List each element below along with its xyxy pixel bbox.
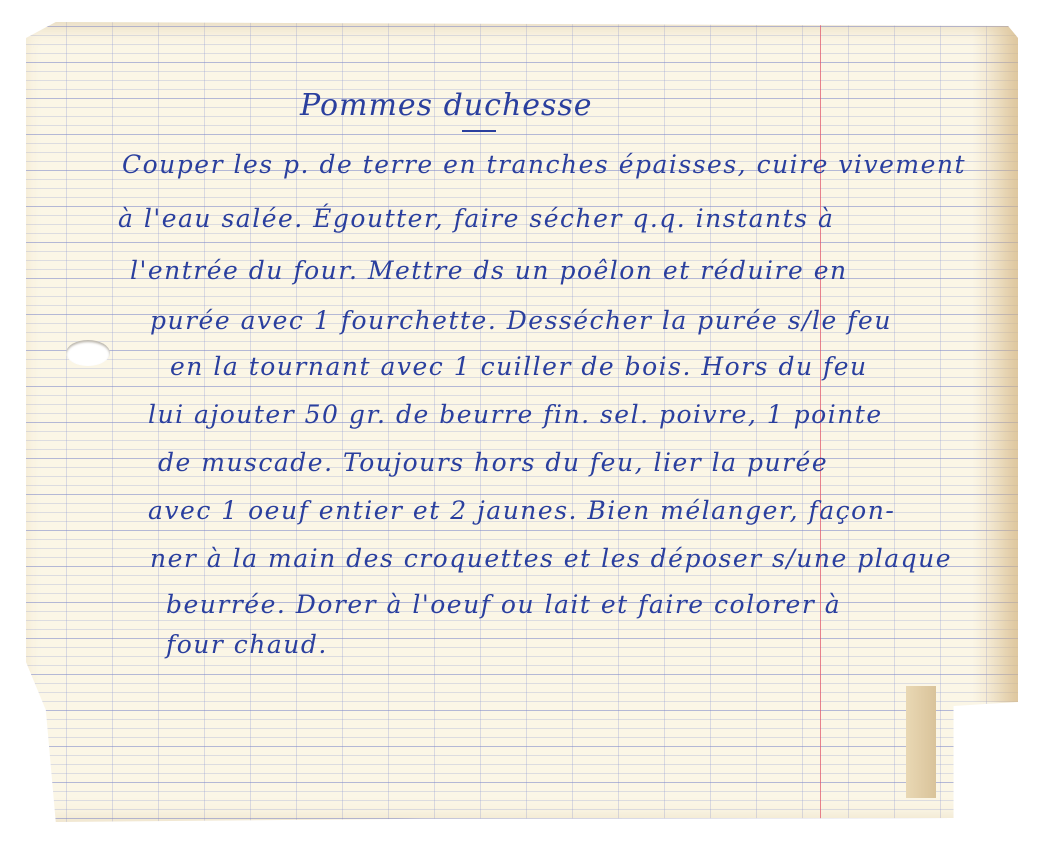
recipe-line: de muscade. Toujours hors du feu, lier l… — [158, 448, 828, 477]
recipe-line: beurrée. Dorer à l'oeuf ou lait et faire… — [166, 590, 841, 619]
recipe-line: en la tournant avec 1 cuiller de bois. H… — [170, 352, 868, 381]
recipe-line: four chaud. — [166, 630, 328, 659]
recipe-line: avec 1 oeuf entier et 2 jaunes. Bien mél… — [148, 496, 895, 525]
recipe-line: à l'eau salée. Égoutter, faire sécher q.… — [118, 204, 834, 233]
recipe-line: purée avec 1 fourchette. Dessécher la pu… — [150, 306, 892, 335]
punch-hole — [66, 340, 110, 366]
recipe-line: l'entrée du four. Mettre ds un poêlon et… — [130, 256, 848, 285]
recipe-line: ner à la main des croquettes et les dépo… — [150, 544, 952, 573]
torn-paper-tab — [906, 686, 936, 798]
paper-stain — [972, 22, 1018, 702]
title-underline — [462, 130, 496, 132]
recipe-title: Pommes duchesse — [300, 88, 593, 123]
recipe-line: Couper les p. de terre en tranches épais… — [122, 150, 966, 179]
recipe-line: lui ajouter 50 gr. de beurre fin. sel. p… — [148, 400, 883, 429]
